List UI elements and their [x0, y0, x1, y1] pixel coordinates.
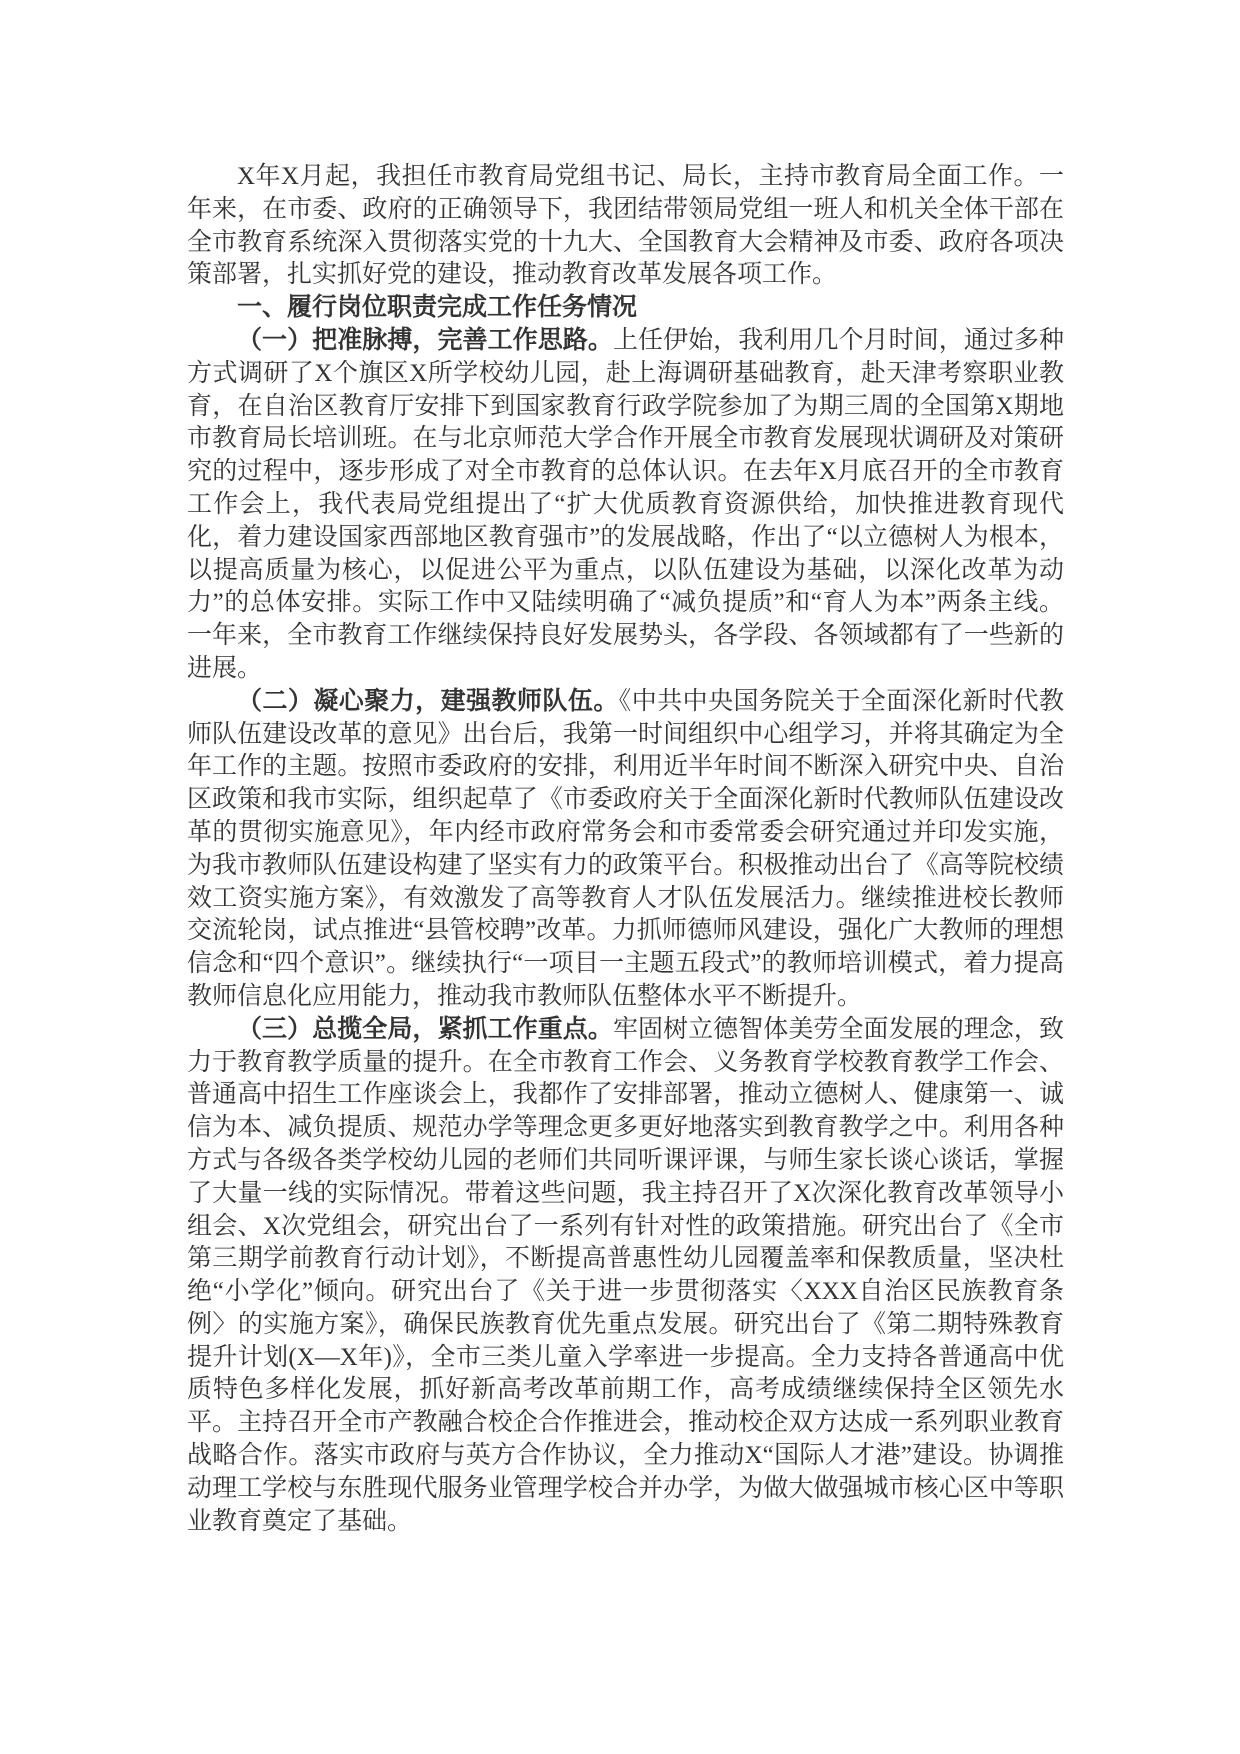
- subsection-3-lead: （三）总揽全局，紧抓工作重点。: [237, 1016, 613, 1043]
- subsection-3-text: 牢固树立德智体美劳全面发展的理念，致力于教育教学质量的提升。在全市教育工作会、义…: [187, 1016, 1064, 1535]
- paragraph-subsection-2: （二）凝心聚力，建强教师队伍。《中共中央国务院关于全面深化新时代教师队伍建设改革…: [187, 686, 1064, 1014]
- subsection-2-text: 《中共中央国务院关于全面深化新时代教师队伍建设改革的意见》出台后，我第一时间组织…: [187, 688, 1064, 1010]
- paragraph-subsection-1: （一）把准脉搏，完善工作思路。上任伊始，我利用几个月时间，通过多种方式调研了X个…: [187, 325, 1064, 686]
- subsection-1-lead: （一）把准脉搏，完善工作思路。: [237, 327, 613, 354]
- paragraph-subsection-3: （三）总揽全局，紧抓工作重点。牢固树立德智体美劳全面发展的理念，致力于教育教学质…: [187, 1014, 1064, 1539]
- subsection-1-text: 上任伊始，我利用几个月时间，通过多种方式调研了X个旗区X所学校幼儿园，赴上海调研…: [187, 327, 1064, 682]
- paragraph-intro: X年X月起，我担任市教育局党组书记、局长，主持市教育局全面工作。一年来，在市委、…: [187, 161, 1064, 292]
- subsection-2-lead: （二）凝心聚力，建强教师队伍。: [237, 688, 619, 715]
- document-page: X年X月起，我担任市教育局党组书记、局长，主持市教育局全面工作。一年来，在市委、…: [0, 0, 1240, 1754]
- document-body: X年X月起，我担任市教育局党组书记、局长，主持市教育局全面工作。一年来，在市委、…: [187, 161, 1064, 1538]
- section-heading: 一、履行岗位职责完成工作任务情况: [187, 292, 1064, 325]
- paragraph-intro-text: X年X月起，我担任市教育局党组书记、局长，主持市教育局全面工作。一年来，在市委、…: [187, 163, 1064, 288]
